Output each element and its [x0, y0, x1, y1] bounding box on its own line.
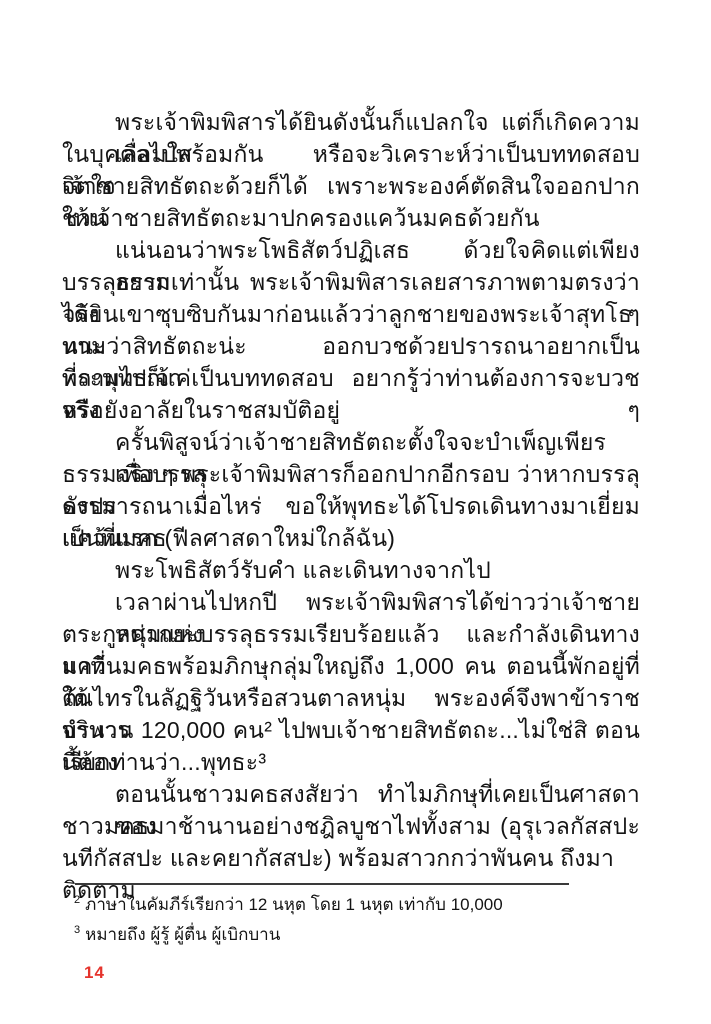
text-line: พระโพธิสัตว์รับคำ และเดินทางจากไป — [62, 554, 640, 586]
paragraph: แน่นอนว่าพระโพธิสัตว์ปฏิเสธ ด้วยใจคิดแต่… — [62, 234, 640, 426]
page-number: 14 — [84, 963, 105, 983]
text-line: ครั้นพิสูจน์ว่าเจ้าชายสิทธัตถะตั้งใจจะบำ… — [62, 426, 640, 458]
footnote-marker: 2 — [74, 894, 80, 906]
paragraph: เวลาผ่านไปหกปี พระเจ้าพิมพิสารได้ข่าวว่า… — [62, 586, 640, 778]
text-line: ต้นไทรในลัฏฐิวันหรือสวนตาลหนุ่ม พระองค์จ… — [62, 682, 640, 714]
paragraph: พระโพธิสัตว์รับคำ และเดินทางจากไป — [62, 554, 640, 586]
book-page: พระเจ้าพิมพิสารได้ยินดังนั้นก็แปลกใจ แต่… — [0, 0, 711, 1024]
paragraph: ครั้นพิสูจน์ว่าเจ้าชายสิทธัตถะตั้งใจจะบำ… — [62, 426, 640, 554]
text-line: นามว่าสิทธัตถะน่ะ ออกบวชด้วยปรารถนาอยากเ… — [62, 330, 640, 362]
text-line: ที่ถามไปก็แค่เป็นบททดสอบ อยากรู้ว่าท่านต… — [62, 362, 640, 394]
text-line: แน่นอนว่าพระโพธิสัตว์ปฏิเสธ ด้วยใจคิดแต่… — [62, 234, 640, 266]
text-line: เป็นที่แรก (ฟีลศาสดาใหม่ใกล้ฉัน) — [62, 522, 640, 554]
body-text-block: พระเจ้าพิมพิสารได้ยินดังนั้นก็แปลกใจ แต่… — [62, 106, 640, 874]
footnote-marker: 3 — [74, 924, 80, 936]
text-line: บรรลุธรรมเท่านั้น พระเจ้าพิมพิสารเลยสารภ… — [62, 266, 640, 298]
text-line: ตระกูลศากยะบรรลุธรรมเรียบร้อยแล้ว และกำล… — [62, 618, 640, 650]
text-line: ในบุคคลไปพร้อมกัน หรือจะวิเคราะห์ว่าเป็น… — [62, 138, 640, 170]
text-line: ตอนนั้นชาวมคธสงสัยว่า ทำไมภิกษุที่เคยเป็… — [62, 778, 640, 810]
footnote-text: หมายถึง ผู้รู้ ผู้ตื่น ผู้เบิกบาน — [85, 925, 280, 944]
text-line: พระเจ้าพิมพิสารได้ยินดังนั้นก็แปลกใจ แต่… — [62, 106, 640, 138]
footnote-text: ภาษาในคัมภีร์เรียกว่า 12 นหุต โดย 1 นหุต… — [85, 895, 503, 914]
text-line: เวลาผ่านไปหกปี พระเจ้าพิมพิสารได้ข่าวว่า… — [62, 586, 640, 618]
footnote: 3หมายถึง ผู้รู้ ผู้ตื่น ผู้เบิกบาน — [74, 920, 634, 950]
text-line: ได้ยินเขาซุบซิบกันมาก่อนแล้วว่าลูกชายของ… — [62, 298, 640, 330]
text-line: เจ้าชายสิทธัตถะด้วยก็ได้ เพราะพระองค์ตัด… — [62, 170, 640, 202]
text-line: จำนวน 120,000 คน² ไปพบเจ้าชายสิทธัตถะ...… — [62, 714, 640, 746]
paragraph: ตอนนั้นชาวมคธสงสัยว่า ทำไมภิกษุที่เคยเป็… — [62, 778, 640, 874]
text-line: แคว้นมคธพร้อมภิกษุกลุ่มใหญ่ถึง 1,000 คน … — [62, 650, 640, 682]
text-line: เรียกท่านว่า...พุทธะ³ — [62, 746, 640, 778]
paragraph: พระเจ้าพิมพิสารได้ยินดังนั้นก็แปลกใจ แต่… — [62, 106, 640, 234]
text-line: นทีกัสสปะ และคยากัสสปะ) พร้อมสาวกกว่าพัน… — [62, 842, 640, 874]
text-line: ให้เจ้าชายสิทธัตถะมาปกครองแคว้นมคธด้วยกั… — [62, 202, 640, 234]
text-line: ชาวมคธมาช้านานอย่างชฎิลบูชาไฟทั้งสาม (อุ… — [62, 810, 640, 842]
footnote-divider — [75, 883, 569, 885]
footnote: 2ภาษาในคัมภีร์เรียกว่า 12 นหุต โดย 1 นหุ… — [74, 890, 634, 920]
text-line: ดังปรารถนาเมื่อไหร่ ขอให้พุทธะได้โปรดเดิ… — [62, 490, 640, 522]
text-line: ธรรมจริง ๆ พระเจ้าพิมพิสารก็ออกปากอีกรอบ… — [62, 458, 640, 490]
footnotes-block: 2ภาษาในคัมภีร์เรียกว่า 12 นหุต โดย 1 นหุ… — [74, 890, 634, 950]
